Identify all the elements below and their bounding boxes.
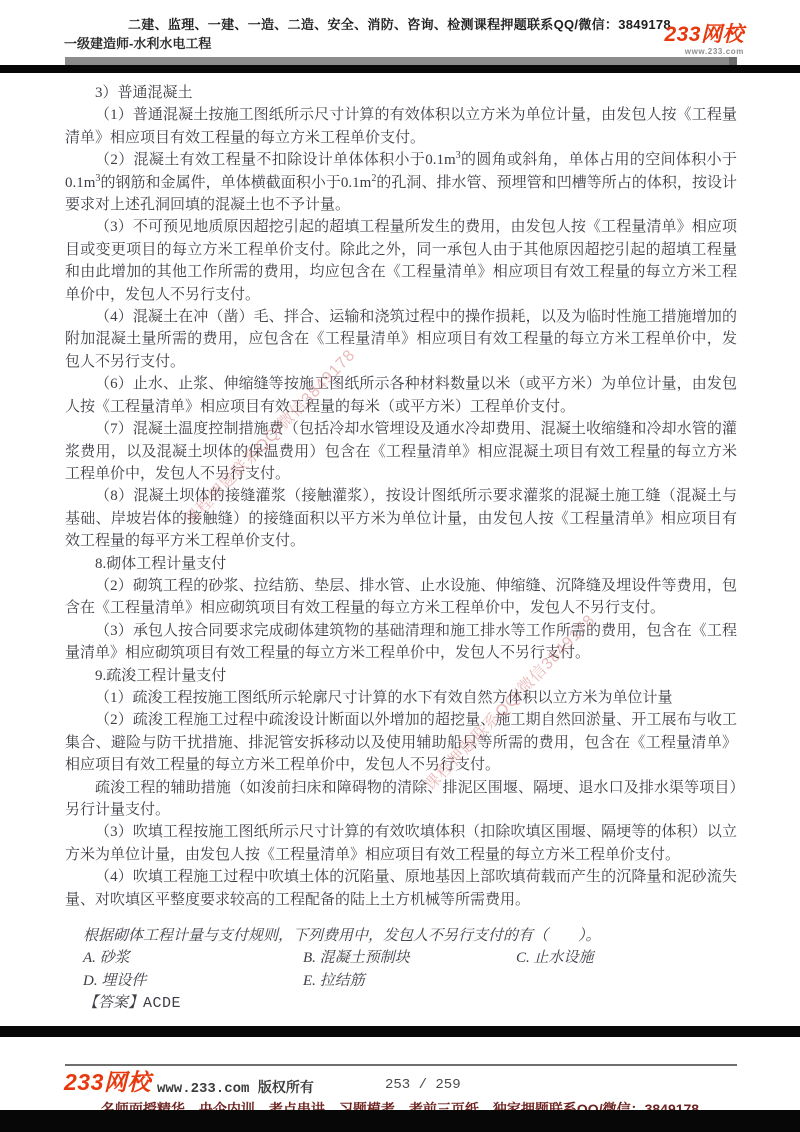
body-paragraph: （3）不可预见地质原因超挖引起的超填工程量所发生的费用，由发包人按《工程量清单》… <box>65 216 737 306</box>
body-paragraph: 8.砌体工程计量支付 <box>65 553 737 575</box>
body-paragraph: （1）普通混凝土按施工图纸所示尺寸计算的有效体积以立方米为单位计量，由发包人按《… <box>65 104 737 149</box>
question-stem: 根据砌体工程计量与支付规则，下列费用中，发包人不另行支付的有（ ）。 <box>65 925 737 947</box>
practice-question: 根据砌体工程计量与支付规则，下列费用中，发包人不另行支付的有（ ）。 A. 砂浆… <box>65 925 737 1016</box>
body-paragraph: （4）吹填工程施工过程中吹填土体的沉陷量、原地基因上部吹填荷载而产生的沉降量和泥… <box>65 866 737 911</box>
option-b: B. 混凝土预制块 <box>303 947 516 970</box>
footer-divider-black-bar <box>0 1026 800 1037</box>
body-paragraph: （4）混凝土在冲（凿）毛、拌合、运输和浇筑过程中的操作损耗，以及为临时性施工措施… <box>65 306 737 373</box>
header-course-title: 一级建造师-水利水电工程 <box>64 33 211 52</box>
footer-copyright: www.233.com 版权所有 <box>157 1077 314 1097</box>
header-promo-line: 二建、监理、一建、一造、二造、安全、消防、咨询、检测课程押题联系QQ/微信：38… <box>128 14 688 33</box>
body-content: 3）普通混凝土（1）普通混凝土按施工图纸所示尺寸计算的有效体积以立方米为单位计量… <box>65 82 737 911</box>
option-c: C. 止水设施 <box>516 947 737 970</box>
brand-logo-text: 233网校 <box>64 1069 151 1095</box>
body-paragraph: （8）混凝土坝体的接缝灌浆（接触灌浆），按设计图纸所示要求灌浆的混凝土施工缝（混… <box>65 485 737 552</box>
body-paragraph: （6）止水、止浆、伸缩缝等按施工图纸所示各种材料数量以米（或平方米）为单位计量，… <box>65 373 737 418</box>
body-paragraph: （3）承包人按合同要求完成砌体建筑物的基础清理和施工排水等工作所需的费用，包含在… <box>65 620 737 665</box>
brand-logo-text: 233网校 <box>664 24 744 45</box>
option-a: A. 砂浆 <box>83 947 303 970</box>
bottom-black-bar <box>0 1110 800 1132</box>
header-divider-black-bar <box>0 65 800 73</box>
answer-value: ACDE <box>143 995 181 1012</box>
page-content: 3）普通混凝土（1）普通混凝土按施工图纸所示尺寸计算的有效体积以立方米为单位计量… <box>65 82 737 1016</box>
question-options: A. 砂浆 B. 混凝土预制块 C. 止水设施 D. 埋设件 E. 拉结筋 <box>65 947 737 992</box>
question-answer: 【答案】ACDE <box>65 992 737 1015</box>
body-paragraph: （7）混凝土温度控制措施费（包括冷却水管埋设及通水冷却费用、混凝土收缩缝和冷却水… <box>65 418 737 485</box>
body-paragraph: 9.疏浚工程计量支付 <box>65 665 737 687</box>
answer-label: 【答案】 <box>83 995 143 1011</box>
body-paragraph: （2）混凝土有效工程量不扣除设计单体体积小于0.1m3的圆角或斜角，单体占用的空… <box>65 149 737 216</box>
body-paragraph: （1）疏浚工程按施工图纸所示轮廓尺寸计算的水下有效自然方体积以立方米为单位计量 <box>65 687 737 709</box>
option-e: E. 拉结筋 <box>303 970 516 993</box>
body-paragraph: 疏浚工程的辅助措施（如浚前扫床和障碍物的清除、排泥区围堰、隔埂、退水口及排水渠等… <box>65 777 737 822</box>
body-paragraph: （3）吹填工程按施工图纸所示尺寸计算的有效吹填体积（扣除吹填区围堰、隔埂等的体积… <box>65 821 737 866</box>
body-paragraph: 3）普通混凝土 <box>65 82 737 104</box>
header-divider-gray-bar <box>65 57 729 65</box>
brand-logo-top: 233网校 www.233.com <box>664 24 744 56</box>
option-d: D. 埋设件 <box>83 970 303 993</box>
document-page: 二建、监理、一建、一造、二造、安全、消防、咨询、检测课程押题联系QQ/微信：38… <box>0 0 800 1132</box>
body-paragraph: （2）砌筑工程的砂浆、拉结筋、垫层、排水管、止水设施、伸缩缝、沉降缝及埋设件等费… <box>65 575 737 620</box>
brand-logo-bottom: 233网校 <box>64 1071 151 1094</box>
header-divider-gray-bar-tip <box>729 57 737 65</box>
brand-logo-url: www.233.com <box>664 48 744 56</box>
page-number: 253 / 259 <box>385 1077 461 1093</box>
footer-rule <box>65 1064 737 1066</box>
body-paragraph: （2）疏浚工程施工过程中疏浚设计断面以外增加的超挖量、施工期自然回淤量、开工展布… <box>65 709 737 776</box>
